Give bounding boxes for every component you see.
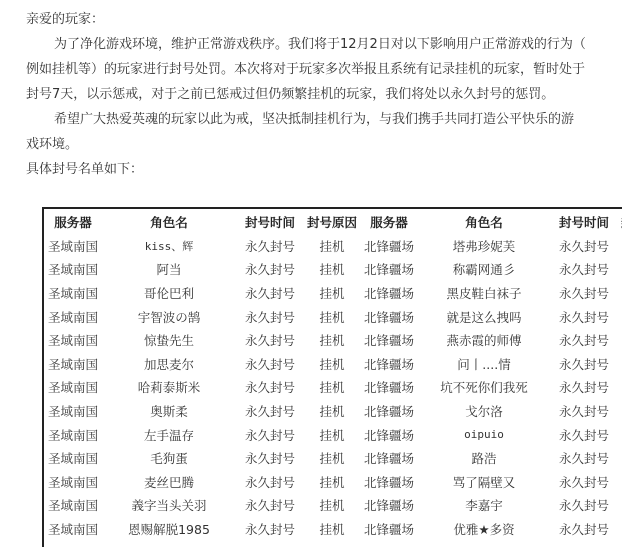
paragraph-1-line-3: 封号7天，以示惩戒，对于之前已惩戒过但仍频繁挂机的玩家，我们将处以永久封号的惩罚… [26,82,622,107]
role-name-cell: 毛狗蛋 [102,446,236,470]
role-name-cell: oipuio [418,423,550,447]
role-name-cell: 戈尔洛 [418,399,550,423]
role-name-cell: 问丨....情 [418,352,550,376]
ban-reason-cell: 挂机 [304,328,360,352]
ban-time-cell: 永久封号 [550,399,618,423]
ban-reason-cell: 挂机 [618,234,622,258]
server-cell: 圣域南国 [44,281,102,305]
table-row: 圣域南国 加思麦尔 永久封号 挂机 北锋疆场 问丨....情 永久封号 挂机 [44,352,622,376]
ban-time-cell: 永久封号 [236,399,304,423]
ban-time-cell: 永久封号 [550,281,618,305]
ban-time-cell: 永久封号 [236,352,304,376]
header-ban-time: 封号时间 [236,209,304,234]
role-name-cell: 路浩 [418,446,550,470]
role-name-cell: kiss、辉 [102,234,236,258]
role-name-cell: 恩赐解脱1985 [102,517,236,541]
table-row: 圣域南国 奥斯柔 永久封号 挂机 北锋疆场 戈尔洛 永久封号 挂机 [44,399,622,423]
ban-reason-cell: 挂机 [618,258,622,282]
ban-reason-cell: 挂机 [304,399,360,423]
paragraph-2-line-1: 希望广大热爱英魂的玩家以此为戒，坚决抵制挂机行为，与我们携手共同打造公平快乐的游 [26,107,622,132]
paragraph-2-line-2: 戏环境。 [26,132,622,157]
role-name-cell: 骂了隔壁又 [418,470,550,494]
ban-reason-cell: 挂机 [618,446,622,470]
table-row: 圣域南国 恩赐解脱1985 永久封号 挂机 北锋疆场 优雅★多资 永久封号 挂机 [44,517,622,541]
ban-time-cell: 永久封号 [236,281,304,305]
ban-reason-cell: 挂机 [304,305,360,329]
ban-reason-cell: 挂机 [618,281,622,305]
ban-list-table-container: 服务器 角色名 封号时间 封号原因 服务器 角色名 封号时间 封号原因 圣域南国… [42,207,622,547]
ban-reason-cell: 挂机 [618,399,622,423]
server-cell: 北锋疆场 [360,328,418,352]
role-name-cell: 哈莉泰斯米 [102,376,236,400]
ban-reason-cell: 挂机 [618,517,622,541]
table-row: 圣域南国 阿当 永久封号 挂机 北锋疆场 称霸网通彡 永久封号 挂机 [44,258,622,282]
server-cell: 圣域南国 [44,470,102,494]
ban-reason-cell: 挂机 [304,517,360,541]
role-name-cell: 就是这么拽吗 [418,305,550,329]
ban-time-cell: 永久封号 [236,328,304,352]
server-cell: 北锋疆场 [360,352,418,376]
ban-time-cell: 永久封号 [236,517,304,541]
header-role-name: 角色名 [102,209,236,234]
role-name-cell: 塔弗珍妮芙 [418,234,550,258]
server-cell: 北锋疆场 [360,258,418,282]
role-name-cell: 哥伦巴利 [102,281,236,305]
server-cell: 圣域南国 [44,494,102,518]
server-cell: 圣域南国 [44,234,102,258]
header-ban-time: 封号时间 [550,209,618,234]
role-name-cell: 麦丝巴腾 [102,470,236,494]
list-intro: 具体封号名单如下： [26,157,622,182]
server-cell: 圣域南国 [44,446,102,470]
ban-reason-cell: 挂机 [618,423,622,447]
table-row: 圣域南国 哈莉泰斯米 永久封号 挂机 北锋疆场 坑不死你们我死 永久封号 挂机 [44,376,622,400]
server-cell: 圣域南国 [44,258,102,282]
role-name-cell: 黑皮鞋白袜子 [418,281,550,305]
ban-time-cell: 永久封号 [550,328,618,352]
ban-time-cell: 永久封号 [550,352,618,376]
table-row: 圣域南国 義字当头关羽 永久封号 挂机 北锋疆场 李嘉宇 永久封号 挂机 [44,494,622,518]
role-name-cell: 李嘉宇 [418,494,550,518]
ban-time-cell: 永久封号 [236,423,304,447]
header-ban-reason: 封号原因 [304,209,360,234]
server-cell: 圣域南国 [44,352,102,376]
server-cell: 圣域南国 [44,517,102,541]
greeting: 亲爱的玩家： [26,0,622,32]
ban-reason-cell: 挂机 [304,281,360,305]
server-cell: 圣域南国 [44,328,102,352]
ban-time-cell: 永久封号 [550,446,618,470]
ban-time-cell: 永久封号 [236,446,304,470]
role-name-cell: 称霸网通彡 [418,258,550,282]
server-cell: 北锋疆场 [360,399,418,423]
ban-time-cell: 永久封号 [550,470,618,494]
ban-reason-cell: 挂机 [618,376,622,400]
table-row: 圣域南国 宇智波の鹄 永久封号 挂机 北锋疆场 就是这么拽吗 永久封号 挂机 [44,305,622,329]
ban-reason-cell: 挂机 [304,494,360,518]
header-server: 服务器 [44,209,102,234]
server-cell: 圣域南国 [44,399,102,423]
ban-time-cell: 永久封号 [236,258,304,282]
ban-time-cell: 永久封号 [550,423,618,447]
role-name-cell: 加思麦尔 [102,352,236,376]
ban-time-cell: 永久封号 [236,494,304,518]
server-cell: 北锋疆场 [360,470,418,494]
ban-time-cell: 永久封号 [550,305,618,329]
ban-reason-cell: 挂机 [304,258,360,282]
ban-reason-cell: 挂机 [618,305,622,329]
ban-time-cell: 永久封号 [550,517,618,541]
notice-document: 亲爱的玩家： 为了净化游戏环境，维护正常游戏秩序。我们将于12月2日对以下影响用… [26,0,622,182]
table-row: 圣域南国 左手温存 永久封号 挂机 北锋疆场 oipuio 永久封号 挂机 [44,423,622,447]
ban-time-cell: 永久封号 [550,258,618,282]
role-name-cell: 惊蛰先生 [102,328,236,352]
table-header-row: 服务器 角色名 封号时间 封号原因 服务器 角色名 封号时间 封号原因 [44,209,622,234]
ban-reason-cell: 挂机 [618,352,622,376]
paragraph-1-line-1: 为了净化游戏环境，维护正常游戏秩序。我们将于12月2日对以下影响用户正常游戏的行… [26,32,622,57]
ban-reason-cell: 挂机 [304,234,360,258]
role-name-cell: 宇智波の鹄 [102,305,236,329]
header-role-name: 角色名 [418,209,550,234]
role-name-cell: 优雅★多资 [418,517,550,541]
header-ban-reason: 封号原因 [618,209,622,234]
ban-reason-cell: 挂机 [304,352,360,376]
server-cell: 圣域南国 [44,305,102,329]
table-row: 圣域南国 惊蛰先生 永久封号 挂机 北锋疆场 燕赤霞的师傅 永久封号 挂机 [44,328,622,352]
server-cell: 北锋疆场 [360,446,418,470]
table-row: 圣域南国 毛狗蛋 永久封号 挂机 北锋疆场 路浩 永久封号 挂机 [44,446,622,470]
server-cell: 圣域南国 [44,376,102,400]
server-cell: 北锋疆场 [360,423,418,447]
ban-time-cell: 永久封号 [236,305,304,329]
ban-time-cell: 永久封号 [550,234,618,258]
ban-time-cell: 永久封号 [236,234,304,258]
table-row: 圣域南国 麦丝巴腾 永久封号 挂机 北锋疆场 骂了隔壁又 永久封号 挂机 [44,470,622,494]
ban-reason-cell: 挂机 [618,494,622,518]
table-row: 圣域南国 kiss、辉 永久封号 挂机 北锋疆场 塔弗珍妮芙 永久封号 挂机 [44,234,622,258]
ban-reason-cell: 挂机 [618,470,622,494]
server-cell: 北锋疆场 [360,234,418,258]
server-cell: 北锋疆场 [360,376,418,400]
ban-reason-cell: 挂机 [618,328,622,352]
server-cell: 北锋疆场 [360,305,418,329]
ban-list-table: 服务器 角色名 封号时间 封号原因 服务器 角色名 封号时间 封号原因 圣域南国… [44,209,622,541]
server-cell: 北锋疆场 [360,494,418,518]
header-server: 服务器 [360,209,418,234]
server-cell: 北锋疆场 [360,281,418,305]
role-name-cell: 奥斯柔 [102,399,236,423]
ban-time-cell: 永久封号 [236,470,304,494]
role-name-cell: 坑不死你们我死 [418,376,550,400]
table-row: 圣域南国 哥伦巴利 永久封号 挂机 北锋疆场 黑皮鞋白袜子 永久封号 挂机 [44,281,622,305]
server-cell: 北锋疆场 [360,517,418,541]
ban-time-cell: 永久封号 [236,376,304,400]
role-name-cell: 阿当 [102,258,236,282]
role-name-cell: 燕赤霞的师傅 [418,328,550,352]
ban-reason-cell: 挂机 [304,470,360,494]
role-name-cell: 左手温存 [102,423,236,447]
role-name-cell: 義字当头关羽 [102,494,236,518]
server-cell: 圣域南国 [44,423,102,447]
ban-reason-cell: 挂机 [304,423,360,447]
ban-reason-cell: 挂机 [304,376,360,400]
ban-reason-cell: 挂机 [304,446,360,470]
paragraph-1-line-2: 例如挂机等）的玩家进行封号处罚。本次将对于玩家多次举报且系统有记录挂机的玩家，暂… [26,57,622,82]
ban-time-cell: 永久封号 [550,494,618,518]
ban-time-cell: 永久封号 [550,376,618,400]
